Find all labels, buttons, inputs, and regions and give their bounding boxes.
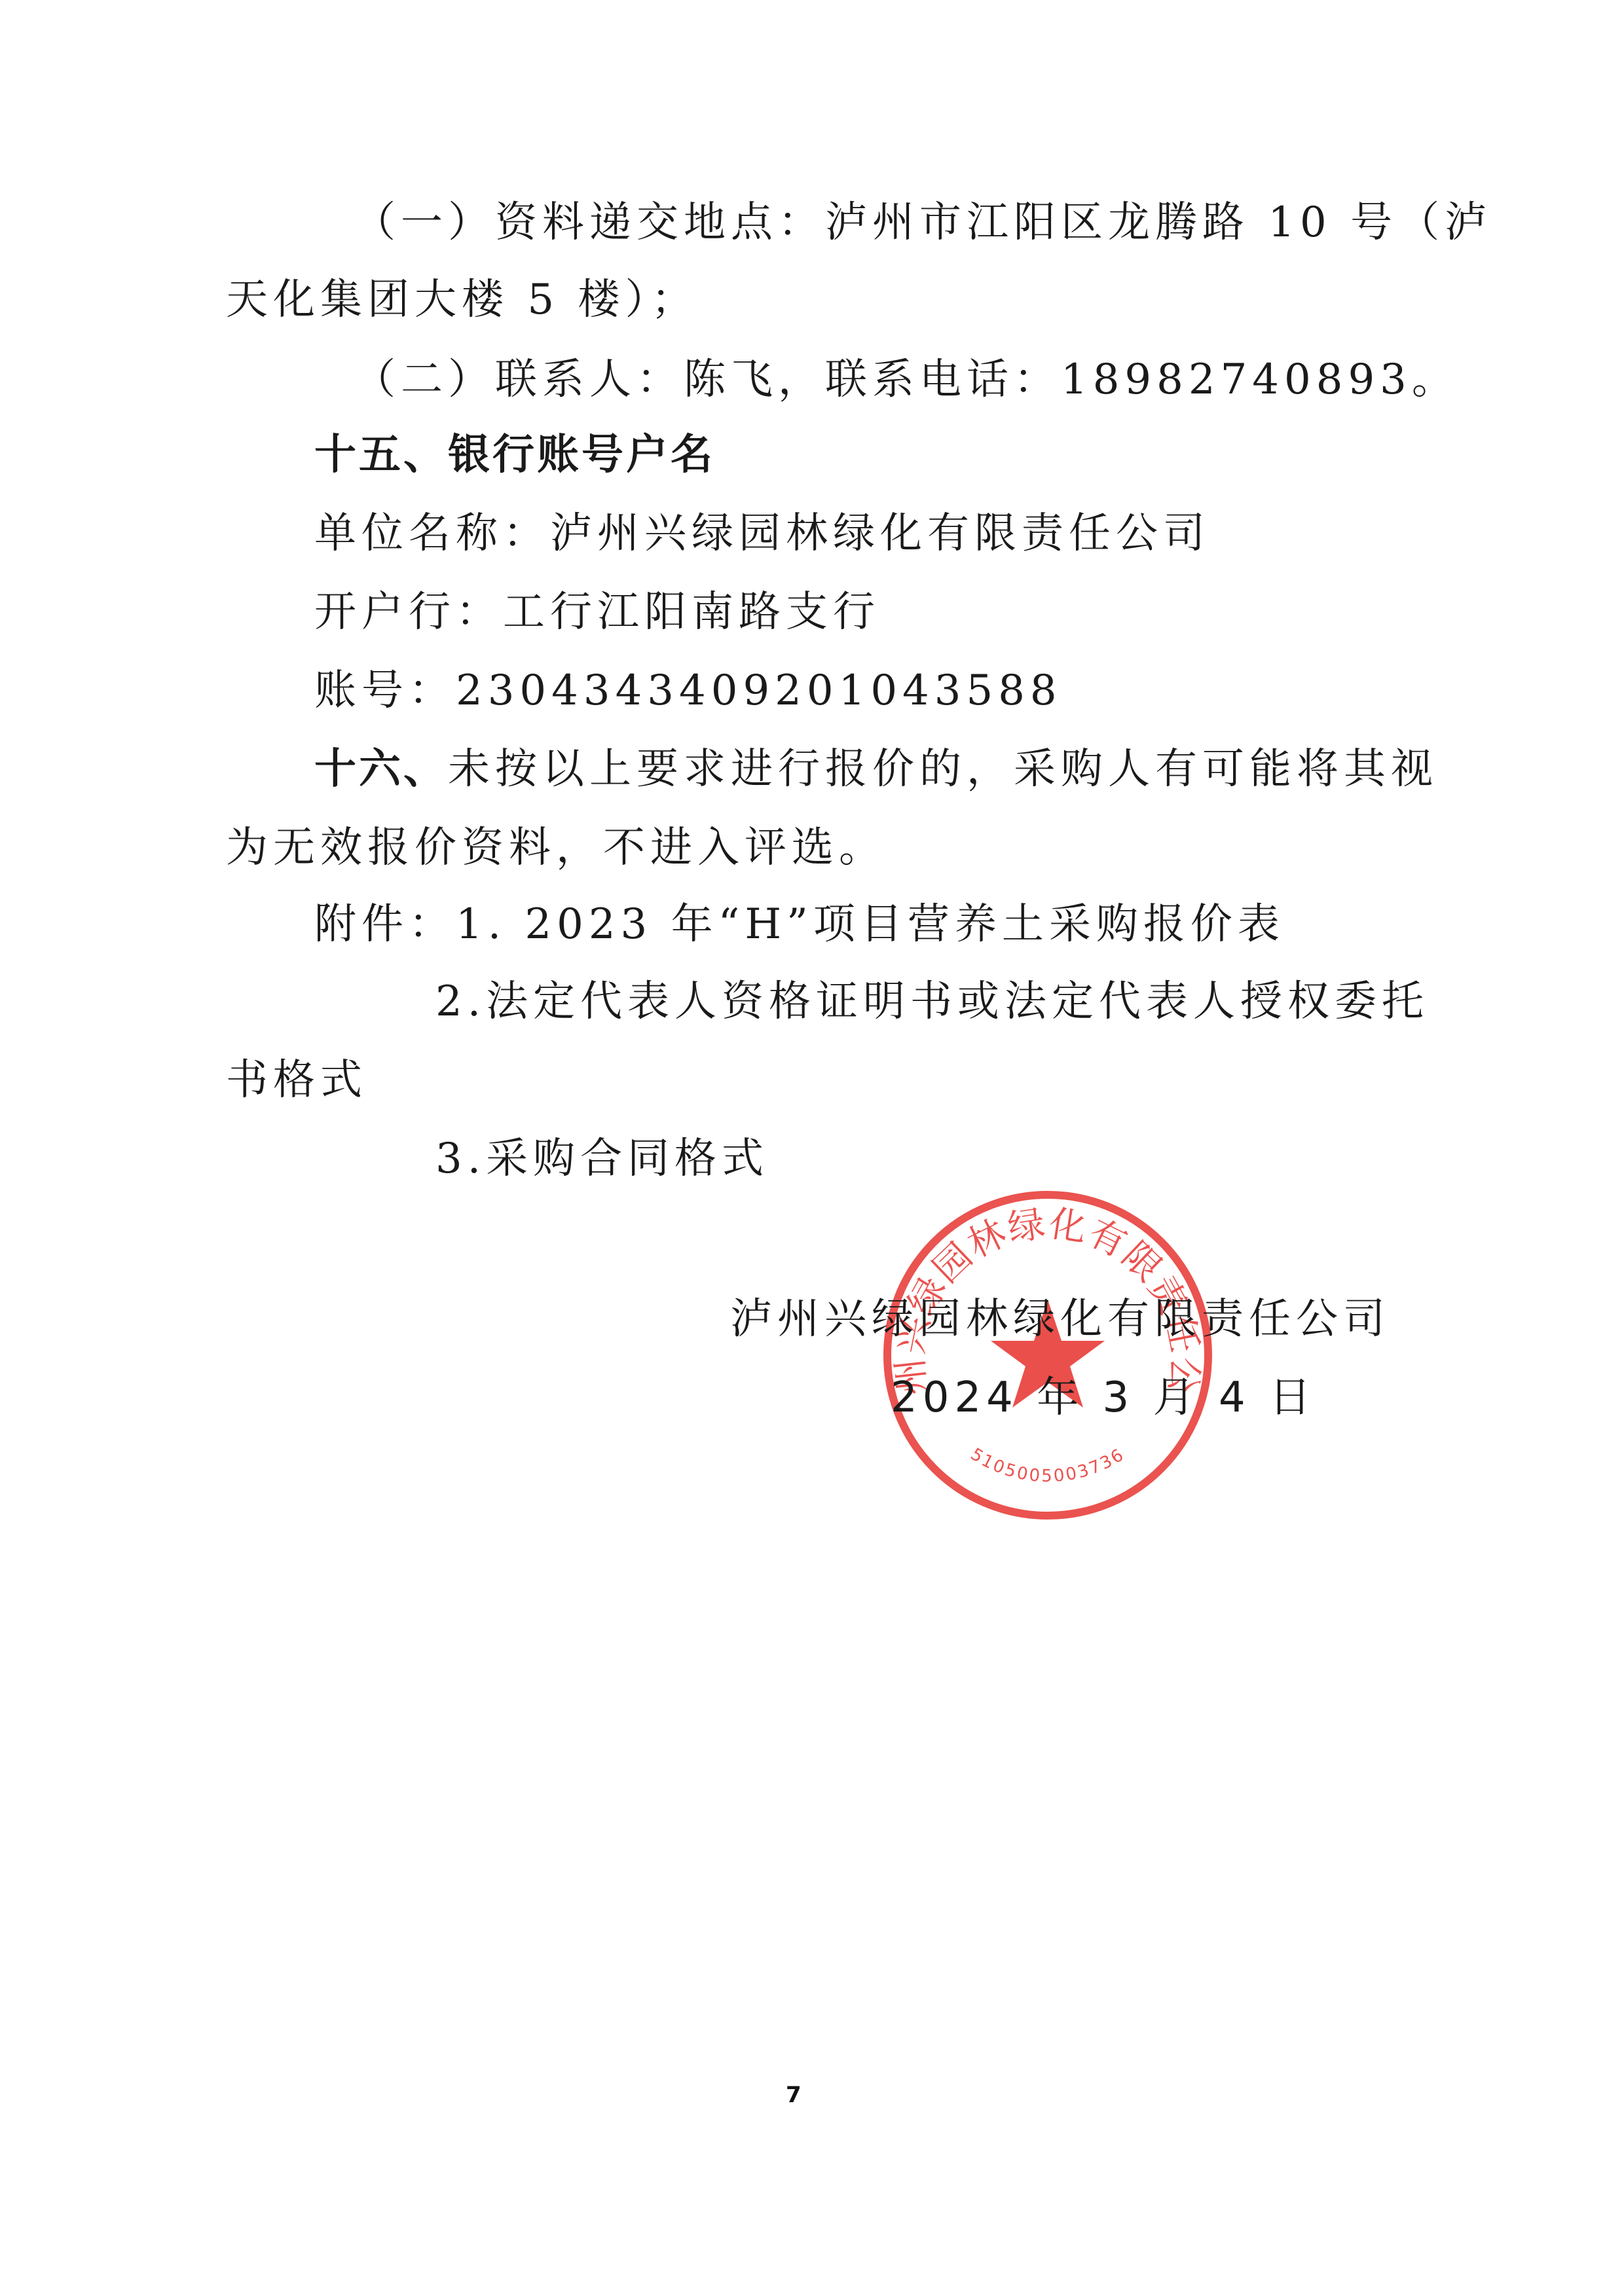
page-number: 7: [786, 2082, 802, 2108]
signature-company: 泸州兴绿园林绿化有限责任公司: [730, 1293, 1390, 1345]
account-line: 账号：2304343409201043588: [314, 665, 1062, 717]
section-16-line1: 十六、未按以上要求进行报价的，采购人有可能将其视: [314, 743, 1438, 795]
svg-text:5105005003736: 5105005003736: [967, 1444, 1129, 1486]
attachment-2-line2: 书格式: [226, 1054, 367, 1106]
delivery-location-line1: （一）资料递交地点：泸州市江阳区龙腾路 10 号（泸: [354, 196, 1492, 249]
section-16-line2: 为无效报价资料，不进入评选。: [226, 822, 886, 874]
section-15-heading: 十五、银行账号户名: [314, 429, 715, 481]
company-seal-icon: 泸州兴绿园林绿化有限责任公司 5105005003736: [877, 1185, 1218, 1525]
signature-date: 2024 年 3 月 4 日: [891, 1372, 1316, 1424]
company-name-line: 单位名称：泸州兴绿园林绿化有限责任公司: [314, 507, 1210, 560]
section-16-text1: 未按以上要求进行报价的，采购人有可能将其视: [448, 745, 1438, 793]
delivery-location-line2: 天化集团大楼 5 楼）；: [226, 274, 698, 326]
attachment-1: 附件：1. 2023 年“H”项目营养土采购报价表: [314, 898, 1285, 951]
attachment-2-line1: 2.法定代表人资格证明书或法定代表人授权委托: [435, 975, 1429, 1028]
section-16-heading: 十六、: [314, 745, 448, 793]
bank-line: 开户行：工行江阳南路支行: [314, 586, 880, 638]
seal-code: 5105005003736: [967, 1444, 1129, 1486]
document-page: （一）资料递交地点：泸州市江阳区龙腾路 10 号（泸 天化集团大楼 5 楼）； …: [0, 0, 1624, 2296]
attachment-3: 3.采购合同格式: [435, 1133, 769, 1185]
contact-line: （二）联系人：陈飞，联系电话：18982740893。: [354, 354, 1459, 406]
